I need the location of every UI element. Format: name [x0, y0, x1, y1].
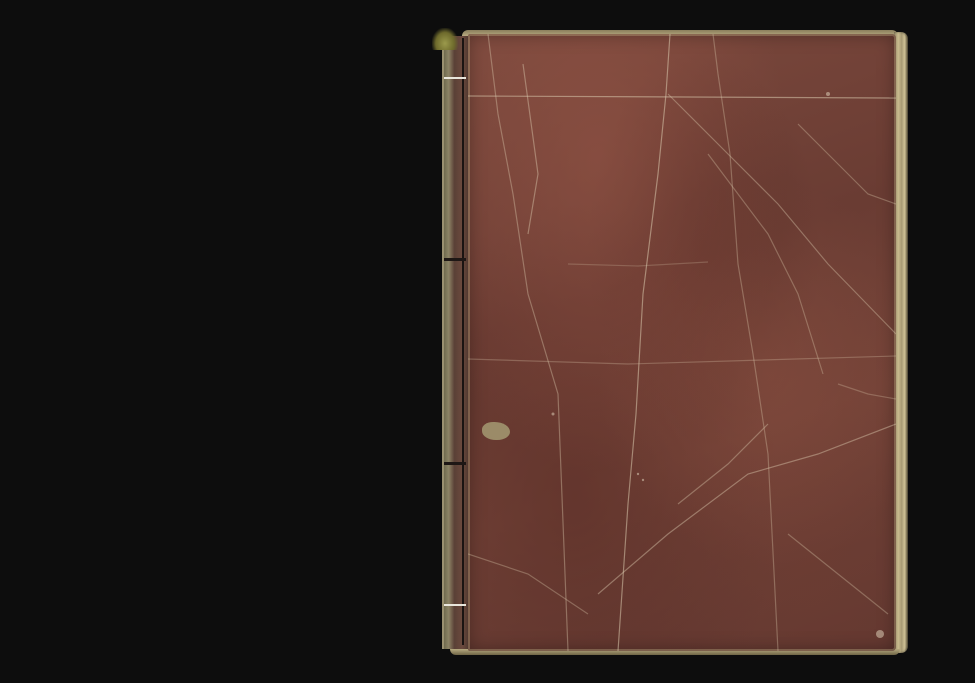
binding-stitch — [444, 604, 466, 606]
binding-stitch — [444, 258, 466, 261]
book-front-cover — [468, 34, 896, 651]
cover-worn-patch — [482, 422, 510, 440]
binding-thread-line — [462, 38, 464, 645]
book-page-edges — [894, 32, 908, 653]
binding-stitch — [444, 462, 466, 465]
binding-stitch — [444, 77, 466, 79]
photo-background — [0, 0, 975, 683]
cover-creases — [468, 34, 896, 651]
book-spine — [442, 36, 470, 649]
book — [432, 30, 908, 655]
thread-tassel — [432, 28, 458, 50]
